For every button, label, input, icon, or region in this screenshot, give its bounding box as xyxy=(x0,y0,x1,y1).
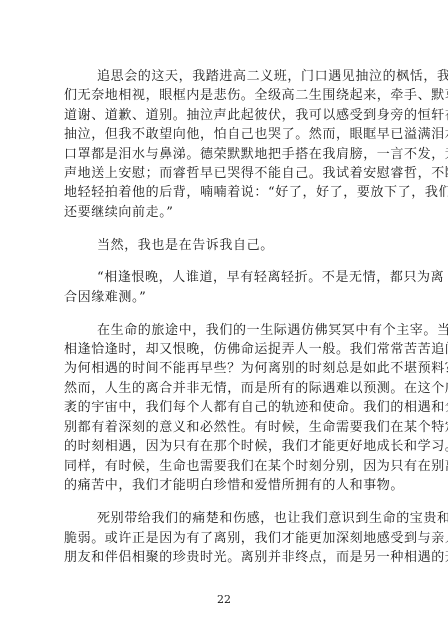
paragraph-4-line-7: 的时刻相遇，因为只有在那个时候，我们才能更好地成长和学习。 xyxy=(64,438,390,456)
paragraph-4-line-1: 在生命的旅途中，我们的一生际遇仿佛冥冥中有个主宰。当 xyxy=(97,322,390,340)
paragraph-1-line-7: 地轻轻拍着他的后背，喃喃着说：“好了，好了，要放下了，我们 xyxy=(64,184,390,202)
paragraph-1-line-8: 还要继续向前走。” xyxy=(64,204,390,222)
paragraph-1-line-6: 声地送上安慰；而睿哲早已哭得不能自己。我试着安慰睿哲，不断 xyxy=(64,165,390,183)
paragraph-1-line-4: 抽泣，但我不敢望向他，怕自己也哭了。然而，眼眶早已溢满泪水， xyxy=(64,126,390,144)
paragraph-1-line-3: 道谢、道歉、道别。抽泣声此起彼伏，我可以感受到身旁的恒轩在 xyxy=(64,107,390,125)
paragraph-3-line-2: 合因缘难测。” xyxy=(64,289,390,307)
paragraph-4-line-9: 的痛苦中，我们才能明白珍惜和爱惜所拥有的人和事物。 xyxy=(64,477,390,495)
paragraph-2-line-1: 当然，我也是在告诉我自己。 xyxy=(97,237,390,255)
paragraph-4-line-3: 为何相遇的时间不能再早些？为何离别的时刻总是如此不堪预料？ xyxy=(64,360,390,378)
paragraph-5-line-2: 脆弱。或许正是因为有了离别，我们才能更加深刻地感受到与亲人、 xyxy=(64,530,390,548)
paragraph-4-line-2: 相逢恰逢时，却又恨晚，仿佛命运捉弄人一般。我们常常苦苦追问， xyxy=(64,341,390,359)
paragraph-1-line-1: 追思会的这天，我踏进高二义班，门口遇见抽泣的枫恬，我 xyxy=(97,68,390,86)
page-number: 22 xyxy=(0,593,448,607)
paragraph-4-line-4: 然而，人生的离合并非无情，而是所有的际遇难以预测。在这个广 xyxy=(64,380,390,398)
document-page: 追思会的这天，我踏进高二义班，门口遇见抽泣的枫恬，我 们无奈地相视，眼框内是悲伤… xyxy=(0,0,448,640)
paragraph-5-line-3: 朋友和伴侣相聚的珍贵时光。离别并非终点，而是另一种相遇的开 xyxy=(64,549,390,567)
paragraph-4-line-8: 同样，有时候，生命也需要我们在某个时刻分别，因为只有在别离 xyxy=(64,458,390,476)
paragraph-4-line-6: 别都有着深刻的意义和必然性。有时候，生命需要我们在某个特定 xyxy=(64,419,390,437)
paragraph-5-line-1: 死别带给我们的痛楚和伤感，也让我们意识到生命的宝贵和 xyxy=(97,510,390,528)
paragraph-1-line-2: 们无奈地相视，眼框内是悲伤。全级高二生围绕起来，牵手、默哀、 xyxy=(64,87,390,105)
paragraph-3-line-1: “相逢恨晚，人谁道，早有轻离轻折。不是无情，都只为离 xyxy=(97,269,390,287)
paragraph-1-line-5: 口罩都是泪水与鼻涕。德荣默默地把手搭在我肩膀，一言不发，无 xyxy=(64,146,390,164)
paragraph-4-line-5: 袤的宇宙中，我们每个人都有自己的轨迹和使命。我们的相遇和分 xyxy=(64,399,390,417)
